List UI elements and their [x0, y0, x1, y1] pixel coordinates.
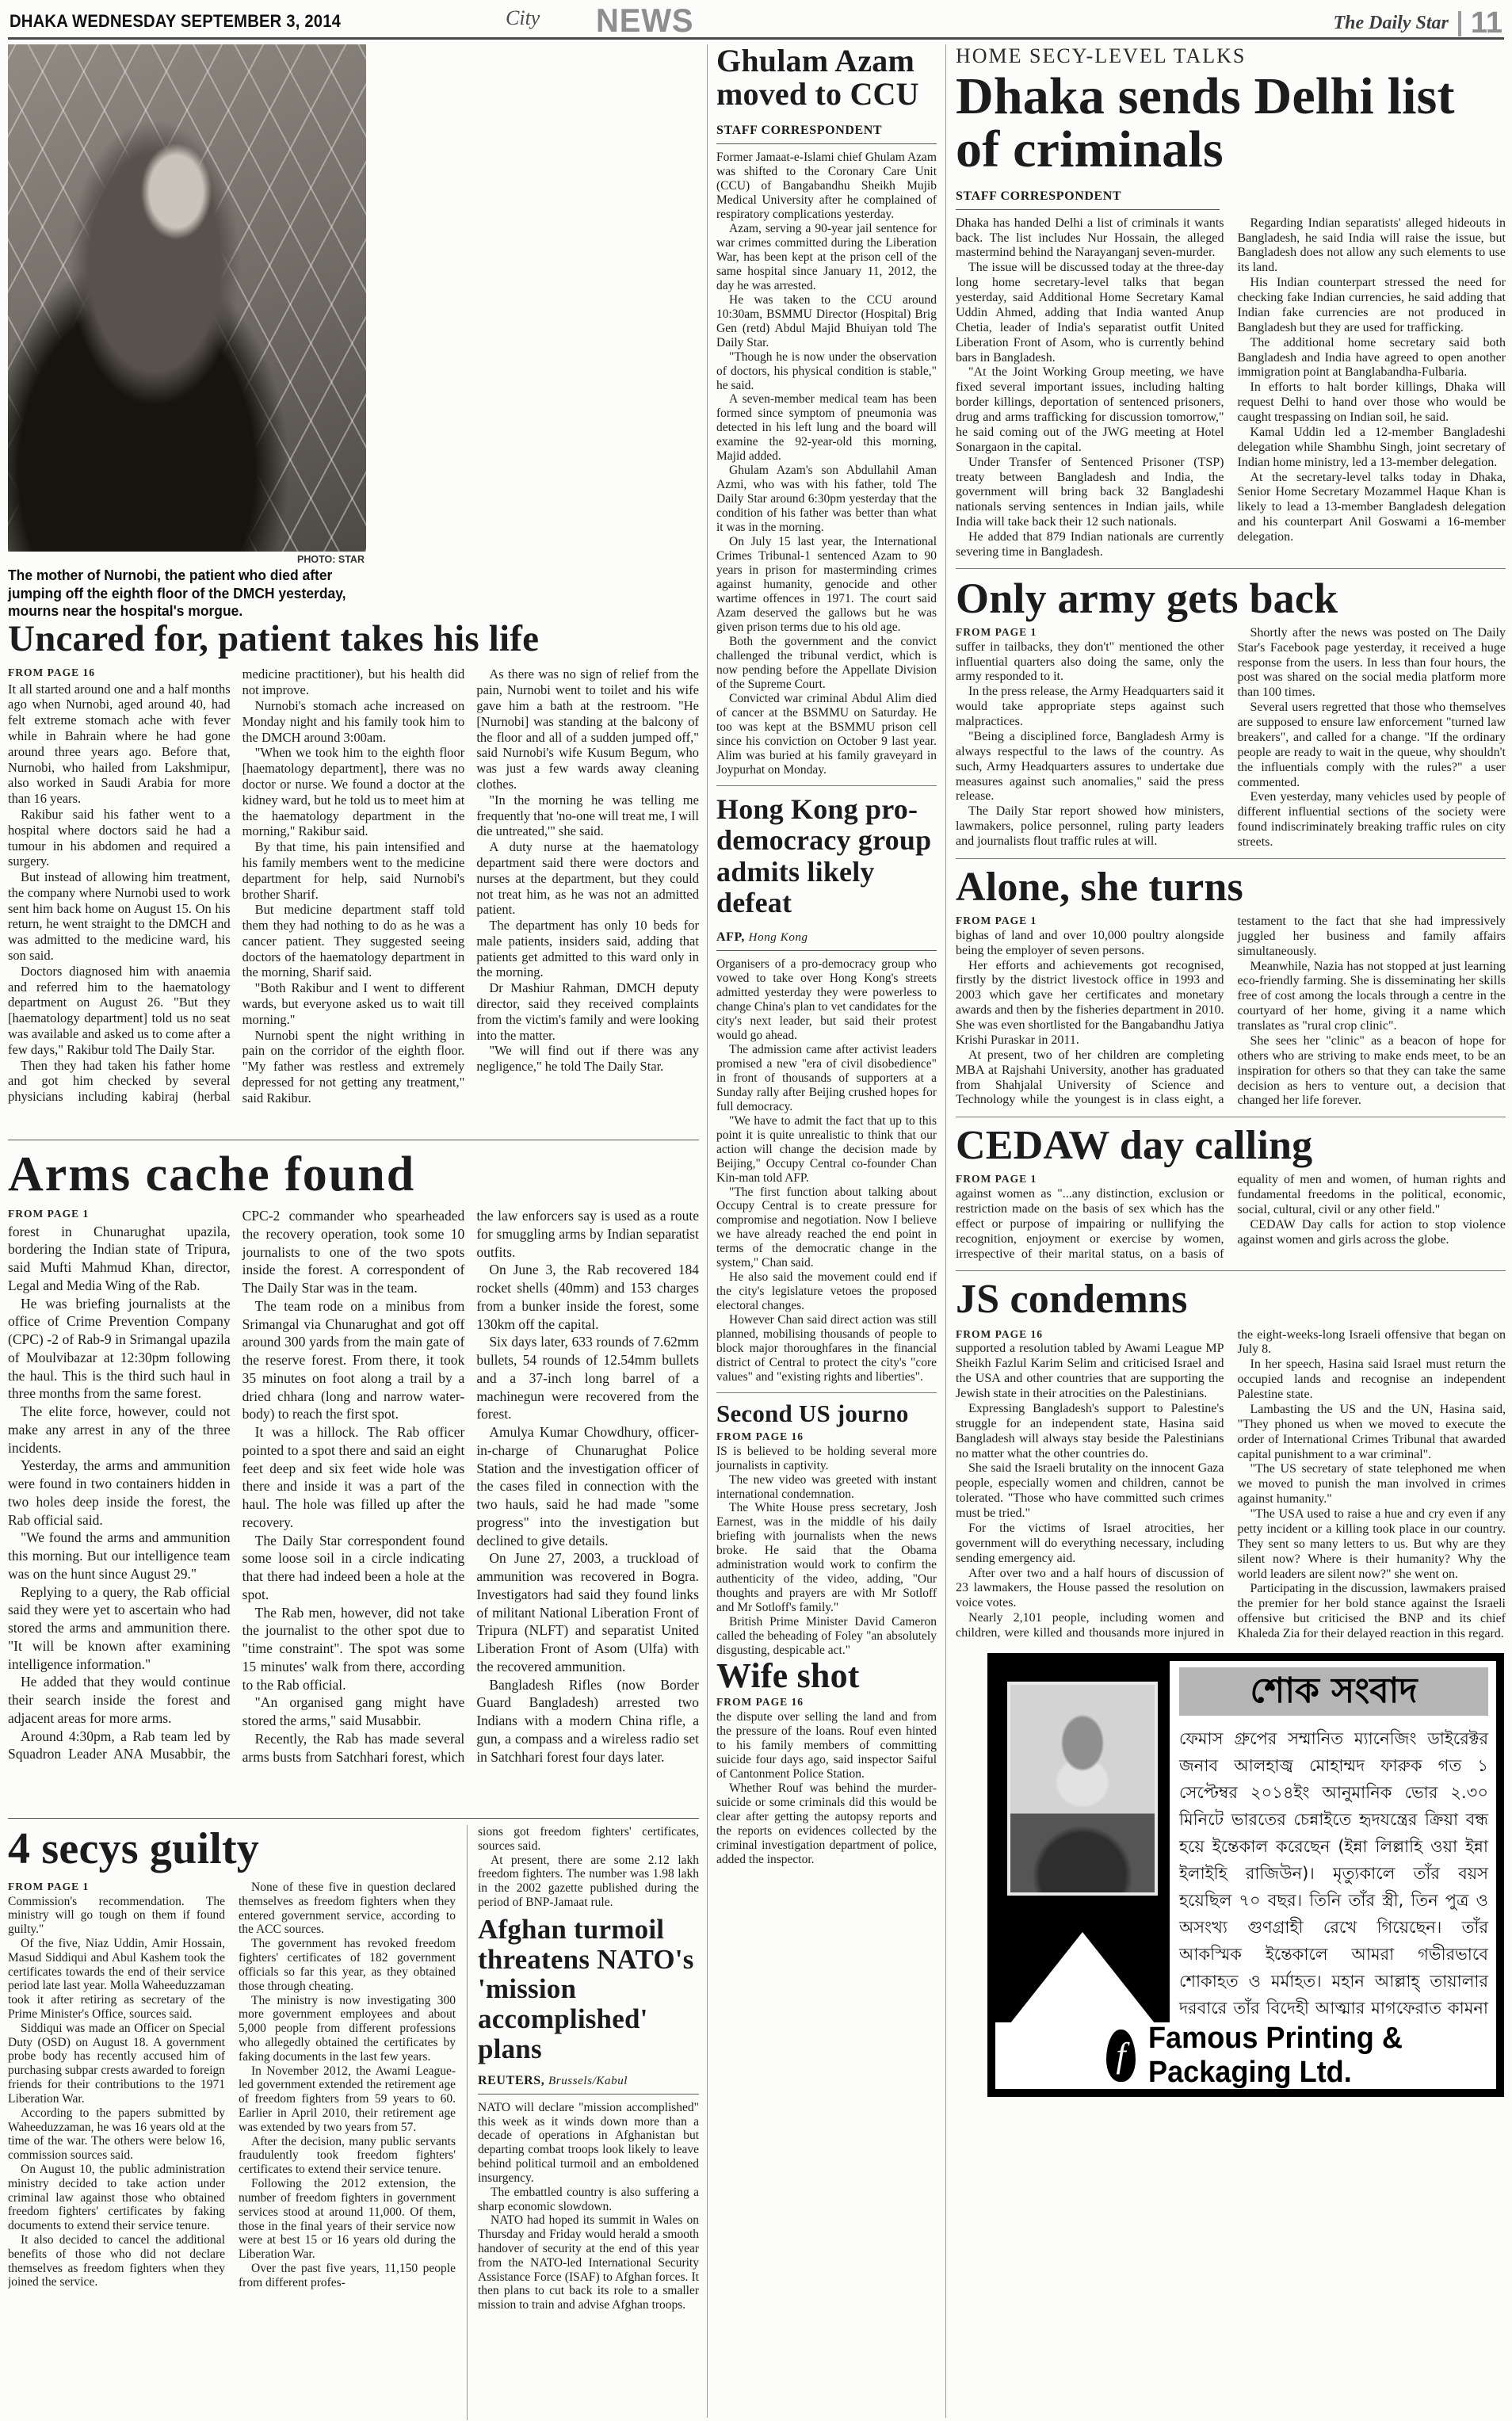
paragraph: On June 27, 2003, a truckload of ammunit…	[476, 1549, 699, 1675]
article-body: NATO will declare "mission accomplished"…	[478, 2101, 699, 2312]
paragraph: Ghulam Azam's son Abdullahil Aman Azmi, …	[716, 464, 937, 535]
paragraph: After the decision, many public servants…	[239, 2135, 456, 2177]
paragraph: "We will find out if there was any negli…	[476, 1043, 699, 1075]
paragraph: She said the Israeli brutality on the in…	[956, 1461, 1224, 1522]
section-divider	[716, 1392, 937, 1393]
masthead: DHAKA WEDNESDAY SEPTEMBER 3, 2014 City N…	[8, 3, 1504, 40]
ad-body-text: ফেমাস গ্রুপের সম্মানিত ম্যানেজিং ডাইরেক্…	[1179, 1725, 1488, 2022]
paragraph: For the victims of Israel atrocities, he…	[956, 1522, 1224, 1567]
afghan-column: sions got freedom fighters' certificates…	[467, 1825, 699, 2420]
paragraph: Six days later, 633 rounds of 7.62mm bul…	[476, 1333, 699, 1423]
paper-logo: The Daily Star	[1333, 13, 1448, 34]
article-ghulam-azam: Ghulam Azam moved to CCU STAFF CORRESPON…	[716, 44, 937, 777]
article-body: FROM PAGE 1 suffer in tailbacks, they do…	[956, 626, 1506, 850]
article-headline: Uncared for, patient takes his life	[8, 620, 699, 659]
paragraph: According to the papers submitted by Wah…	[8, 2106, 225, 2163]
ad-text-panel: শোক সংবাদ ফেমাস গ্রুপের সম্মানিত ম্যানেজ…	[1170, 1661, 1496, 2022]
paragraph: He added that they would continue their …	[8, 1673, 231, 1727]
article-body: FROM PAGE 16 supported a resolution tabl…	[956, 1328, 1506, 1642]
article-headline: Arms cache found	[8, 1150, 699, 1199]
article-hong-kong: Hong Kong pro-democracy group admits lik…	[716, 794, 937, 1384]
article-arms-cache: Arms cache found FROM PAGE 1 forest in C…	[8, 1140, 699, 1815]
triangle-graphic	[1007, 1932, 1158, 2022]
newspaper-page: DHAKA WEDNESDAY SEPTEMBER 3, 2014 City N…	[0, 0, 1512, 2421]
paragraph: "An organised gang might have stored the…	[242, 1694, 465, 1730]
from-page-label: FROM PAGE 16	[956, 1328, 1224, 1341]
paragraph: The elite force, however, could not make…	[8, 1403, 231, 1457]
paragraph: Azam, serving a 90-year jail sentence fo…	[716, 222, 937, 293]
paragraph: Shortly after the news was posted on The…	[1238, 626, 1506, 701]
paragraph: "Being a disciplined force, Bangladesh A…	[956, 730, 1224, 804]
paragraph: Her efforts and achievements got recogni…	[956, 959, 1224, 1048]
article-alone-she-turns: Alone, she turns FROM PAGE 1 bighas of l…	[956, 867, 1506, 1109]
paragraph: the dispute over selling the land and fr…	[716, 1710, 937, 1781]
paragraph: A seven-member medical team has been for…	[716, 392, 937, 464]
article-body: FROM PAGE 16 It all started around one a…	[8, 666, 699, 1105]
from-page-label: FROM PAGE 1	[956, 626, 1224, 639]
paragraph: Former Jamaat-e-Islami chief Ghulam Azam…	[716, 151, 937, 222]
article-headline: Dhaka sends Delhi list of criminals	[956, 70, 1506, 177]
from-page-label: FROM PAGE 1	[956, 1173, 1224, 1186]
obituary-ad: শোক সংবাদ ফেমাস গ্রুপের সম্মানিত ম্যানেজ…	[987, 1653, 1504, 2097]
masthead-right: The Daily Star 11	[1333, 6, 1502, 40]
byline: STAFF CORRESPONDENT	[956, 185, 1220, 210]
paragraph: She sees her "clinic" as a beacon of hop…	[1238, 1034, 1506, 1109]
news-photo	[8, 44, 366, 552]
paragraph: "The first function about talking about …	[716, 1186, 937, 1271]
byline-agency: AFP,	[716, 930, 745, 944]
paragraph: NATO will declare "mission accomplished"…	[478, 2101, 699, 2186]
paragraph: Dr Mashiur Rahman, DMCH deputy director,…	[476, 980, 699, 1043]
paragraph: forest in Chunarughat upazila, bordering…	[8, 1223, 231, 1295]
paragraph: The White House press secretary, Josh Ea…	[716, 1501, 937, 1615]
right-column: HOME SECY-LEVEL TALKS Dhaka sends Delhi …	[956, 44, 1506, 2418]
paragraph: Siddiqui was made an Officer on Special …	[8, 2022, 225, 2106]
article-only-army: Only army gets back FROM PAGE 1 suffer i…	[956, 577, 1506, 850]
paragraph: "The US secretary of state telephoned me…	[1238, 1462, 1506, 1507]
masthead-divider	[1458, 11, 1461, 36]
paragraph: On July 15 last year, the International …	[716, 535, 937, 635]
paragraph: Rakibur said his father went to a hospit…	[8, 807, 231, 869]
article-body: FROM PAGE 1 Commission's recommendation.…	[8, 1881, 456, 2290]
section-divider	[956, 568, 1506, 569]
ad-title: শোক সংবাদ	[1179, 1667, 1488, 1716]
middle-column: Ghulam Azam moved to CCU STAFF CORRESPON…	[707, 44, 946, 2418]
paragraph: Kamal Uddin led a 12-member Bangladeshi …	[1238, 426, 1506, 471]
paragraph: "Both Rakibur and I went to different wa…	[242, 980, 465, 1027]
article-headline: Second US journo	[716, 1401, 937, 1427]
paragraph: CEDAW Day calls for action to stop viole…	[1238, 1218, 1506, 1248]
paragraph: The ministry is now investigating 300 mo…	[239, 1994, 456, 2064]
article-body: FROM PAGE 1 against women as "...any dis…	[956, 1173, 1506, 1262]
paragraph: In her speech, Hasina said Israel must r…	[1238, 1358, 1506, 1403]
article-headline: JS condemns	[956, 1279, 1506, 1320]
paragraph: He also said the movement could end if t…	[716, 1270, 937, 1313]
byline-place: Brussels/Kabul	[548, 2075, 628, 2087]
paragraph: bighas of land and over 10,000 poultry a…	[956, 929, 1224, 959]
article-body: IS is believed to be holding several mor…	[716, 1445, 937, 1659]
article-headline: Alone, she turns	[956, 867, 1506, 908]
paragraph: However Chan said direct action was stil…	[716, 1313, 937, 1384]
paragraph: Of the five, Niaz Uddin, Amir Hossain, M…	[8, 1937, 225, 2022]
ad-left-panel	[995, 1661, 1170, 2022]
from-page-label: FROM PAGE 1	[956, 915, 1224, 927]
paragraph: As there was no sign of relief from the …	[476, 666, 699, 792]
article-afghan-turmoil: Afghan turmoil threatens NATO's 'mission…	[478, 1915, 699, 2312]
paragraph: IS is believed to be holding several mor…	[716, 1445, 937, 1473]
paragraph: His Indian counterpart stressed the need…	[1238, 276, 1506, 336]
paragraph: Under Transfer of Sentenced Prisoner (TS…	[956, 456, 1224, 530]
article-js-condemns: JS condemns FROM PAGE 16 supported a res…	[956, 1279, 1506, 1642]
byline-place: Hong Kong	[749, 931, 808, 944]
section-label-news: NEWS	[596, 5, 694, 36]
company-name: Famous Printing & Packaging Ltd.	[1148, 2022, 1479, 2090]
article-body: Dhaka has handed Delhi a list of crimina…	[956, 216, 1506, 560]
from-page-label: FROM PAGE 16	[8, 666, 231, 679]
section-divider	[716, 785, 937, 786]
bottom-left-zone: 4 secys guilty FROM PAGE 1 Commission's …	[8, 1818, 699, 2420]
paragraph: In the press release, the Army Headquart…	[956, 685, 1224, 730]
article-headline: Wife shot	[716, 1658, 937, 1694]
paragraph: "Though he is now under the observation …	[716, 350, 937, 393]
paragraph: The embattled country is also suffering …	[478, 2186, 699, 2214]
article-body: Former Jamaat-e-Islami chief Ghulam Azam…	[716, 151, 937, 777]
paragraph: He was taken to the CCU around 10:30am, …	[716, 293, 937, 350]
article-headline: Afghan turmoil threatens NATO's 'mission…	[478, 1915, 699, 2064]
ad-inner: শোক সংবাদ ফেমাস গ্রুপের সম্মানিত ম্যানেজ…	[995, 1661, 1496, 2022]
article-headline: Ghulam Azam moved to CCU	[716, 44, 937, 111]
paragraph: On June 3, the Rab recovered 184 rocket …	[476, 1261, 699, 1333]
paragraph: Expressing Bangladesh's support to Pales…	[956, 1402, 1224, 1462]
from-page-label: FROM PAGE 16	[716, 1696, 937, 1709]
article-body: Organisers of a pro-democracy group who …	[716, 957, 937, 1384]
company-logo-icon: f	[1106, 2030, 1136, 2082]
article-dhaka-delhi: HOME SECY-LEVEL TALKS Dhaka sends Delhi …	[956, 44, 1506, 560]
article-4-secys: 4 secys guilty FROM PAGE 1 Commission's …	[8, 1825, 456, 2420]
paragraph: British Prime Minister David Cameron cal…	[716, 1615, 937, 1658]
masthead-dateline: DHAKA WEDNESDAY SEPTEMBER 3, 2014	[10, 11, 341, 32]
paragraph: Meanwhile, Nazia has not stopped at just…	[1238, 960, 1506, 1034]
article-body: the dispute over selling the land and fr…	[716, 1710, 937, 1867]
section-label-city: City	[506, 6, 540, 30]
photo-block: PHOTO: STAR The mother of Nurnobi, the p…	[8, 44, 366, 621]
paragraph: At present, there are some 2.12 lakh fre…	[478, 1854, 699, 1910]
portrait-photo	[1007, 1682, 1158, 1896]
paragraph: Regarding Indian separatists' alleged hi…	[1238, 216, 1506, 277]
paragraph: The additional home secretary said both …	[1238, 336, 1506, 381]
paragraph: He added that 879 Indian nationals are c…	[956, 530, 1224, 560]
byline: AFP, Hong Kong	[716, 926, 937, 951]
photo-caption: The mother of Nurnobi, the patient who d…	[8, 567, 355, 621]
byline: STAFF CORRESPONDENT	[716, 119, 937, 144]
article-headline: Hong Kong pro-democracy group admits lik…	[716, 794, 937, 919]
paragraph: Lambasting the US and the UN, Hasina sai…	[1238, 1403, 1506, 1463]
paragraph: "In the morning he was telling me freque…	[476, 792, 699, 839]
article-uncared-for: Uncared for, patient takes his life FROM…	[8, 620, 699, 1136]
section-divider	[956, 1117, 1506, 1117]
from-page-label: FROM PAGE 16	[716, 1430, 937, 1443]
paragraph: Replying to a query, the Rab official sa…	[8, 1583, 231, 1674]
photo-credit: PHOTO: STAR	[8, 554, 365, 565]
article-wife-shot: Wife shot FROM PAGE 16 the dispute over …	[716, 1658, 937, 1867]
paragraph: The Daily Star report showed how ministe…	[956, 804, 1224, 850]
paragraph: The Rab men, however, did not take the j…	[242, 1604, 465, 1694]
paragraph: He was briefing journalists at the offic…	[8, 1295, 231, 1403]
paragraph: "When we took him to the eighth floor [h…	[242, 745, 465, 839]
paragraph: It was a hillock. The Rab officer pointe…	[242, 1423, 465, 1532]
ad-footer: f Famous Printing & Packaging Ltd.	[995, 2022, 1496, 2089]
paragraph: The new video was greeted with instant i…	[716, 1473, 937, 1502]
article-continuation: sions got freedom fighters' certificates…	[478, 1825, 699, 1910]
paragraph: But medicine department staff told them …	[242, 902, 465, 980]
paragraph: Commission's recommendation. The ministr…	[8, 1895, 225, 1937]
paragraph: It all started around one and a half mon…	[8, 682, 231, 807]
article-headline: 4 secys guilty	[8, 1827, 456, 1871]
paragraph: Organisers of a pro-democracy group who …	[716, 957, 937, 1043]
paragraph: Both the government and the convict chal…	[716, 635, 937, 692]
paragraph: A duty nurse at the haematology departme…	[476, 839, 699, 918]
paragraph: supported a resolution tabled by Awami L…	[956, 1342, 1224, 1402]
paragraph: Convicted war criminal Abdul Alim died o…	[716, 692, 937, 777]
paragraph: "At the Joint Working Group meeting, we …	[956, 365, 1224, 455]
paragraph: The team rode on a minibus from Srimanga…	[242, 1297, 465, 1423]
paragraph: Whether Rouf was behind the murder-suici…	[716, 1781, 937, 1867]
paragraph: Several users regretted that those who t…	[1238, 701, 1506, 790]
paragraph: Doctors diagnosed him with anaemia and r…	[8, 964, 231, 1058]
paragraph: On August 10, the public administration …	[8, 2163, 225, 2233]
paragraph: It also decided to cancel the additional…	[8, 2233, 225, 2289]
section-divider	[956, 858, 1506, 859]
paragraph: "The USA used to raise a hue and cry eve…	[1238, 1507, 1506, 1582]
paragraph: By that time, his pain intensified and h…	[242, 839, 465, 902]
paragraph: None of these five in question declared …	[239, 1881, 456, 1937]
section-divider	[956, 1270, 1506, 1271]
paragraph: The admission came after activist leader…	[716, 1043, 937, 1114]
kicker: HOME SECY-LEVEL TALKS	[956, 44, 1506, 68]
paragraph: Over the past five years, 11,150 people …	[239, 2262, 456, 2290]
paragraph: The government has revoked freedom fight…	[239, 1937, 456, 1993]
paragraph: The department has only 10 beds for male…	[476, 918, 699, 980]
article-body: FROM PAGE 1 forest in Chunarughat upazil…	[8, 1207, 699, 1766]
paragraph: Dhaka has handed Delhi a list of crimina…	[956, 216, 1224, 262]
paragraph: In November 2012, the Awami League-led g…	[239, 2064, 456, 2135]
article-headline: CEDAW day calling	[956, 1125, 1506, 1167]
paragraph: sions got freedom fighters' certificates…	[478, 1825, 699, 1854]
from-page-label: FROM PAGE 1	[8, 1207, 231, 1221]
paragraph: Yesterday, the arms and ammunition were …	[8, 1457, 231, 1529]
paragraph: At the secretary-level talks today in Dh…	[1238, 471, 1506, 545]
paragraph: "We found the arms and ammunition this m…	[8, 1529, 231, 1583]
paragraph: Bangladesh Rifles (now Border Guard Bang…	[476, 1676, 699, 1766]
paragraph: The issue will be discussed today at the…	[956, 261, 1224, 365]
paragraph: The Daily Star correspondent found some …	[242, 1532, 465, 1604]
byline-agency: REUTERS,	[478, 2074, 544, 2087]
paragraph: Participating in the discussion, lawmake…	[1238, 1582, 1506, 1642]
paragraph: In efforts to halt border killings, Dhak…	[1238, 380, 1506, 426]
paragraph: After over two and a half hours of discu…	[956, 1567, 1224, 1612]
byline: REUTERS, Brussels/Kabul	[478, 2069, 699, 2095]
paragraph: NATO had hoped its summit in Wales on Th…	[478, 2213, 699, 2312]
paragraph: But instead of allowing him treatment, t…	[8, 869, 231, 964]
paragraph: Following the 2012 extension, the number…	[239, 2177, 456, 2262]
article-body: FROM PAGE 1 bighas of land and over 10,0…	[956, 915, 1506, 1109]
paragraph: suffer in tailbacks, they don't" mention…	[956, 640, 1224, 685]
from-page-label: FROM PAGE 1	[8, 1881, 225, 1893]
paragraph: Amulya Kumar Chowdhury, officer-in-charg…	[476, 1423, 699, 1549]
paragraph: Nurnobi's stomach ache increased on Mond…	[242, 698, 465, 745]
article-headline: Only army gets back	[956, 577, 1506, 620]
article-second-us-journo: Second US journo FROM PAGE 16 IS is beli…	[716, 1401, 937, 1658]
page-number: 11	[1471, 6, 1502, 40]
paragraph: Nurnobi spent the night writhing in pain…	[242, 1028, 465, 1106]
article-cedaw-day: CEDAW day calling FROM PAGE 1 against wo…	[956, 1125, 1506, 1262]
paragraph: "We have to admit the fact that up to th…	[716, 1114, 937, 1186]
paragraph: Even yesterday, many vehicles used by pe…	[1238, 790, 1506, 850]
